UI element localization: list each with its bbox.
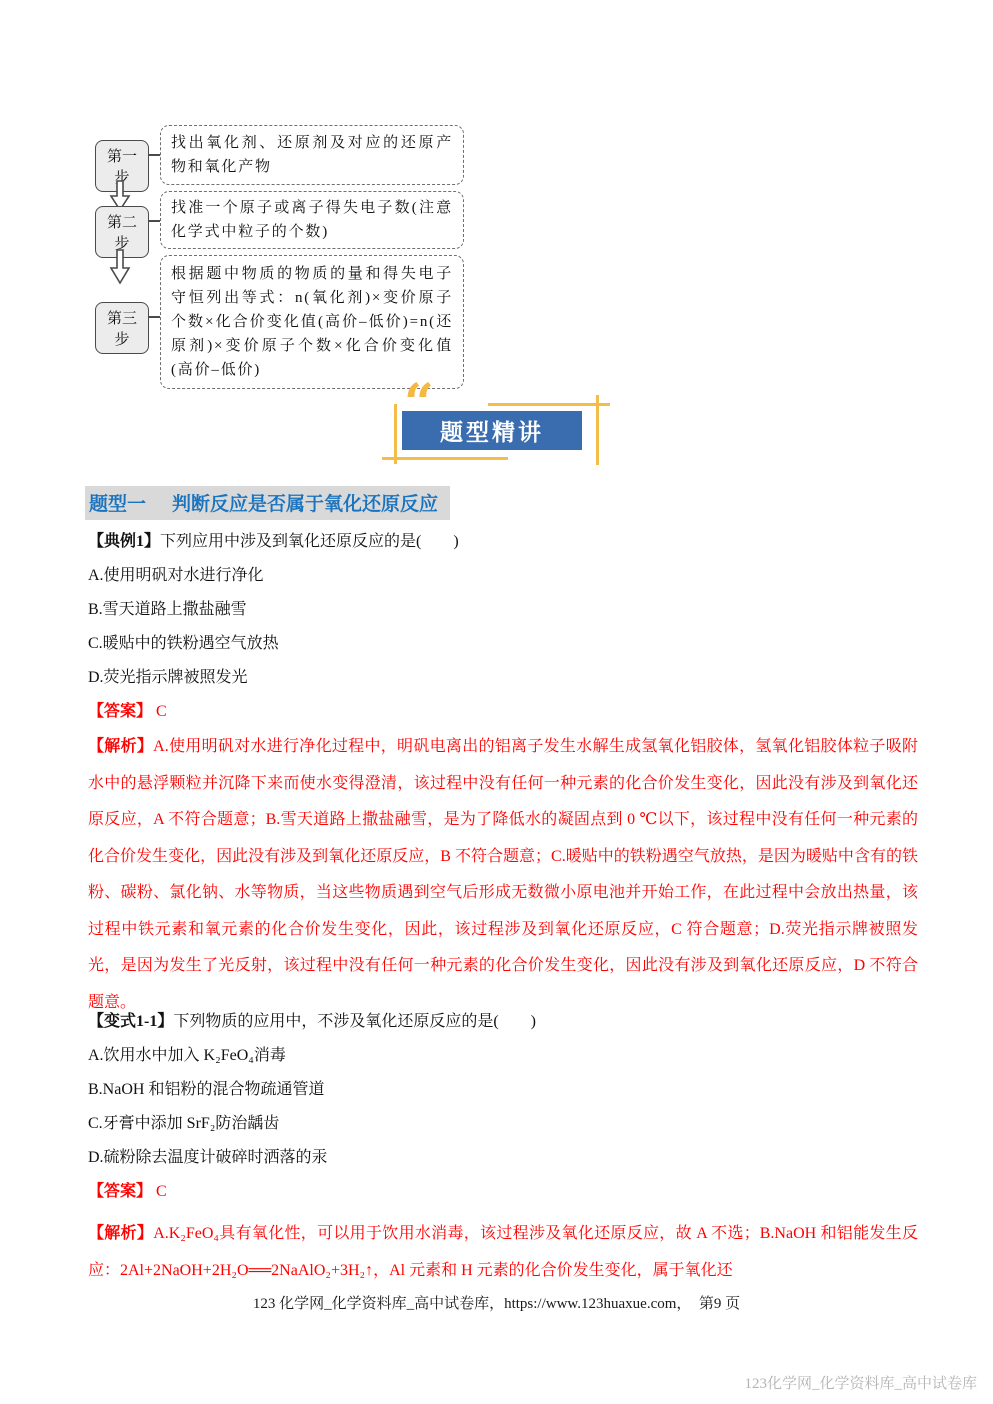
arrow-down-icon	[109, 249, 131, 290]
banner-decor-line	[394, 404, 397, 464]
document-page: 第一步 找出氧化剂、还原剂及对应的还原产物和氧化产物 第二步 找准一个原子或离子…	[0, 0, 993, 1404]
page-footer: 123 化学网_化学资料库_高中试卷库，https://www.123huaxu…	[0, 1292, 993, 1313]
variant-1-1-analysis: 【解析】A.K₂FeO₄具有氧化性，可以用于饮用水消毒，该过程涉及氧化还原反应，…	[88, 1216, 918, 1289]
option-a: A.饮用水中加入 K₂FeO₄消毒	[88, 1044, 918, 1068]
step-2-box: 找准一个原子或离子得失电子数(注意化学式中粒子的个数)	[160, 191, 464, 249]
step-3-text: 根据题中物质的物质的量和得失电子守恒列出等式：n(氧化剂)×变价原子个数×化合价…	[171, 262, 453, 382]
option-c: C.暖贴中的铁粉遇空气放热	[88, 632, 918, 656]
option-d: D.硫粉除去温度计破碎时洒落的汞	[88, 1146, 918, 1170]
answer-value: C	[156, 703, 167, 720]
analysis-text: A.K₂FeO₄具有氧化性，可以用于饮用水消毒，该过程涉及氧化还原反应，故 A …	[88, 1225, 918, 1279]
banner-decor-line	[382, 457, 508, 460]
answer-value: C	[156, 1183, 167, 1200]
step-1-connector	[148, 154, 160, 156]
step-3-label: 第三步	[107, 311, 137, 348]
step-2-text: 找准一个原子或离子得失电子数(注意化学式中粒子的个数)	[171, 196, 453, 244]
question-stem: 【变式1-1】下列物质的应用中，不涉及氧化还原反应的是( )	[88, 1010, 918, 1034]
banner-decor-line	[596, 395, 599, 465]
section-heading: 题型一判断反应是否属于氧化还原反应	[85, 486, 450, 520]
quote-icon: “	[404, 378, 434, 430]
section-banner: 题型精讲 “	[388, 394, 616, 472]
option-a: A.使用明矾对水进行净化	[88, 564, 918, 588]
step-3-badge: 第三步	[95, 302, 149, 354]
variant-1-1-stem: 下列物质的应用中，不涉及氧化还原反应的是( )	[173, 1013, 536, 1030]
analysis-label: 【解析】	[88, 738, 153, 755]
solution-steps-flowchart: 第一步 找出氧化剂、还原剂及对应的还原产物和氧化产物 第二步 找准一个原子或离子…	[95, 125, 468, 387]
variant-1-1-label: 【变式1-1】	[88, 1013, 173, 1030]
banner-title: 题型精讲	[440, 414, 544, 447]
option-d: D.荧光指示牌被照发光	[88, 666, 918, 690]
variant-1-1-block: 【变式1-1】下列物质的应用中，不涉及氧化还原反应的是( ) A.饮用水中加入 …	[88, 1010, 918, 1214]
question-stem: 【典例1】下列应用中涉及到氧化还原反应的是( )	[88, 530, 918, 554]
option-b: B.雪天道路上撒盐融雪	[88, 598, 918, 622]
section-title: 判断反应是否属于氧化还原反应	[172, 494, 438, 515]
answer-label: 【答案】	[88, 703, 152, 720]
answer-line: 【答案】C	[88, 700, 918, 724]
analysis-label: 【解析】	[88, 1225, 153, 1242]
banner-decor-line	[488, 403, 610, 406]
step-1-text: 找出氧化剂、还原剂及对应的还原产物和氧化产物	[171, 131, 453, 179]
step-2-connector	[148, 220, 160, 222]
analysis-text: A.使用明矾对水进行净化过程中，明矾电离出的铝离子发生水解生成氢氧化铝胶体，氢氧…	[88, 738, 918, 1011]
example-1-label: 【典例1】	[88, 533, 160, 550]
option-c: C.牙膏中添加 SrF₂防治龋齿	[88, 1112, 918, 1136]
example-1-stem: 下列应用中涉及到氧化还原反应的是( )	[160, 533, 459, 550]
answer-line: 【答案】C	[88, 1180, 918, 1204]
step-2-label: 第二步	[107, 215, 137, 252]
answer-label: 【答案】	[88, 1183, 152, 1200]
section-number: 题型一	[89, 494, 146, 515]
example-1-analysis: 【解析】A.使用明矾对水进行净化过程中，明矾电离出的铝离子发生水解生成氢氧化铝胶…	[88, 729, 918, 1021]
step-3-connector	[148, 316, 160, 318]
option-b: B.NaOH 和铝粉的混合物疏通管道	[88, 1078, 918, 1102]
step-1-box: 找出氧化剂、还原剂及对应的还原产物和氧化产物	[160, 125, 464, 185]
step-3-box: 根据题中物质的物质的量和得失电子守恒列出等式：n(氧化剂)×变价原子个数×化合价…	[160, 255, 464, 389]
footer-text: 123 化学网_化学资料库_高中试卷库，https://www.123huaxu…	[253, 1296, 740, 1312]
example-1-block: 【典例1】下列应用中涉及到氧化还原反应的是( ) A.使用明矾对水进行净化 B.…	[88, 530, 918, 734]
watermark-text: 123化学网_化学资料库_高中试卷库	[744, 1372, 977, 1393]
